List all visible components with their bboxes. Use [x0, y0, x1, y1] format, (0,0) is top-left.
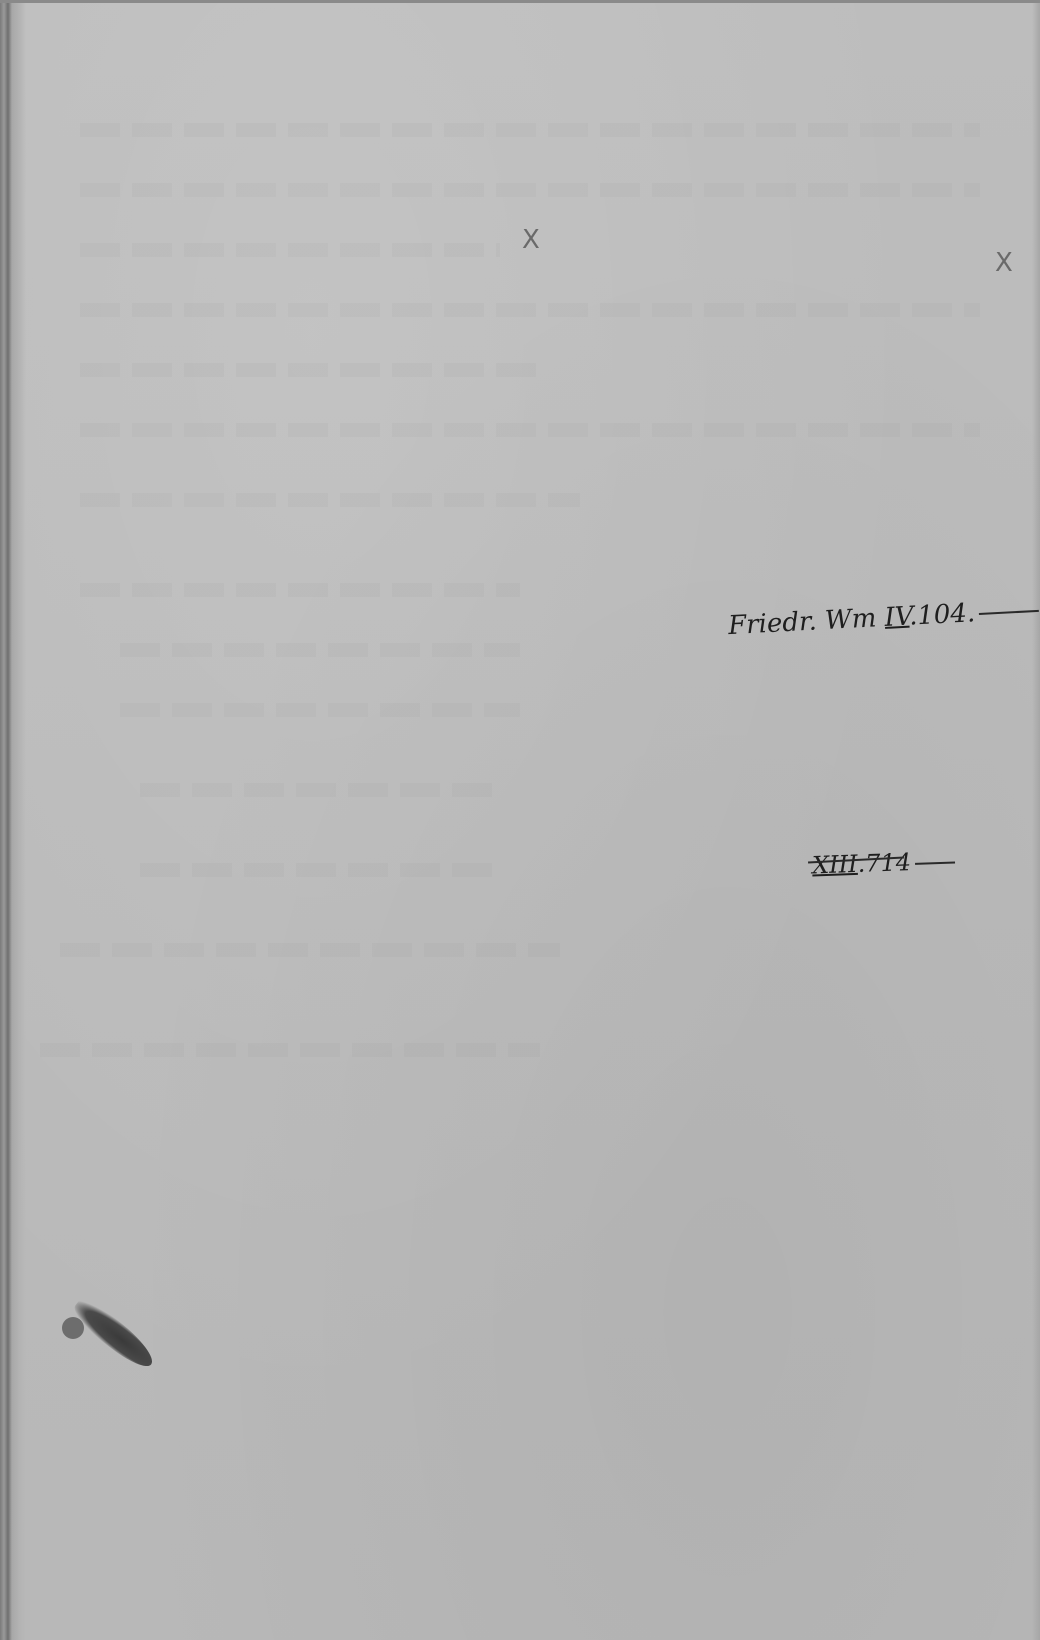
- bleed-through-line: [140, 863, 500, 877]
- pencil-x-mark: X: [522, 225, 540, 255]
- handwritten-note-1: Friedr. Wm IV.104.: [727, 595, 1039, 641]
- bleed-through-line: [80, 423, 980, 437]
- note-number: .714: [857, 848, 911, 878]
- page-right-edge: [1032, 3, 1040, 1640]
- bleed-through-line: [80, 583, 520, 597]
- bleed-through-line: [60, 943, 560, 957]
- book-spine-edge: [0, 3, 26, 1640]
- bleed-through-line: [80, 363, 540, 377]
- note-roman-volume: XIII: [812, 850, 858, 880]
- scanned-page: X X Friedr. Wm IV.104. XIII.714: [0, 0, 1040, 1640]
- bleed-through-line: [120, 643, 520, 657]
- bleed-through-line: [40, 1043, 540, 1057]
- note-number: .104.: [908, 598, 976, 631]
- bleed-through-line: [80, 123, 980, 137]
- bleed-through-line: [120, 703, 520, 717]
- note-roman-volume: IV: [884, 602, 910, 633]
- note-dash: [915, 861, 955, 864]
- bleed-through-line: [80, 243, 500, 257]
- note-dash: [979, 610, 1039, 615]
- bleed-through-line: [80, 493, 580, 507]
- bleed-through-line: [80, 183, 980, 197]
- bleed-through-line: [140, 783, 500, 797]
- bleed-through-line: [80, 303, 980, 317]
- pencil-x-mark: X: [995, 248, 1013, 278]
- note-prefix: Friedr. Wm: [727, 603, 877, 641]
- handwritten-note-2: XIII.714: [812, 847, 956, 880]
